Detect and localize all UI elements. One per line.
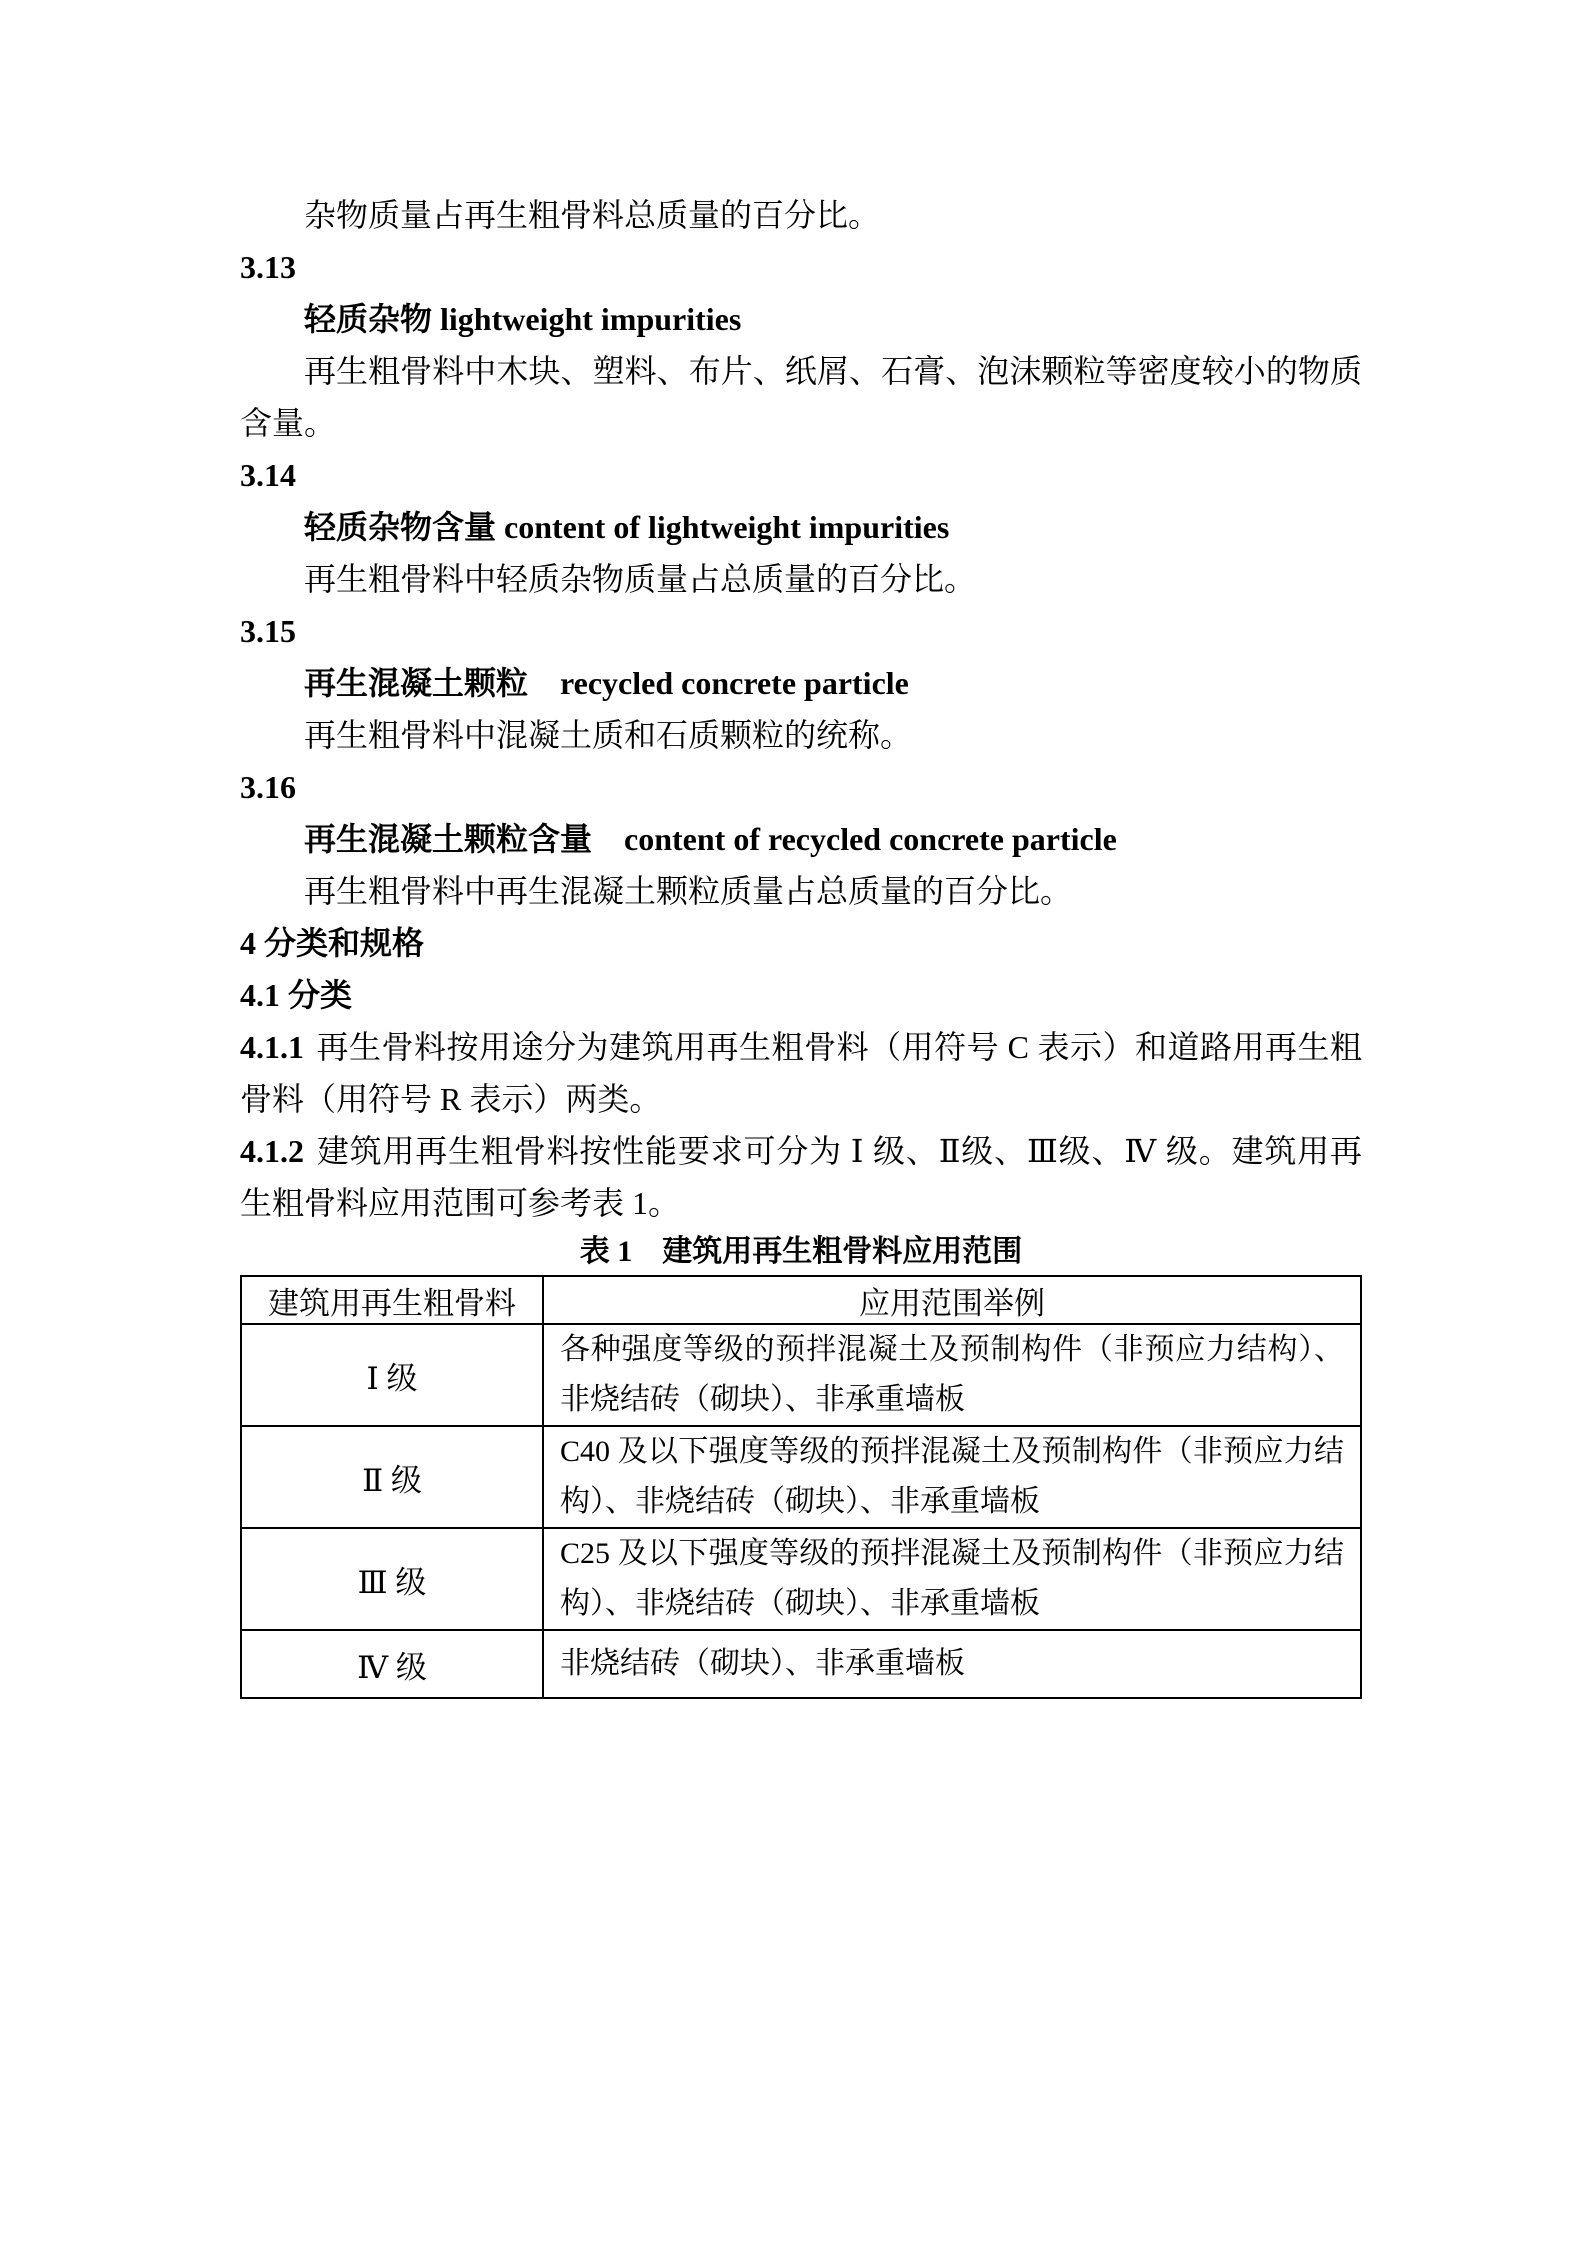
- grade-cell: Ⅲ 级: [241, 1528, 543, 1630]
- item-text: 再生骨料按用途分为建筑用再生粗骨料（用符号 C 表示）和道路用再生粗骨料（用符号…: [240, 1029, 1362, 1117]
- table-row-grade-2: Ⅱ 级 C40 及以下强度等级的预拌混凝土及预制构件（非预应力结构）、非烧结砖（…: [241, 1426, 1361, 1528]
- table-header-scope: 应用范围举例: [543, 1276, 1361, 1324]
- grade-cell: Ⅱ 级: [241, 1426, 543, 1528]
- clause-number-3-13: 3.13: [240, 241, 1362, 293]
- term-line-3-15: 再生混凝土颗粒 recycled concrete particle: [240, 657, 1362, 709]
- definition-paragraph: 再生粗骨料中混凝土质和石质颗粒的统称。: [240, 709, 1362, 761]
- definition-paragraph: 杂物质量占再生粗骨料总质量的百分比。: [240, 189, 1362, 241]
- section-heading: 4.1 分类: [240, 969, 1362, 1021]
- table-row-grade-1: Ⅰ 级 各种强度等级的预拌混凝土及预制构件（非预应力结构）、非烧结砖（砌块）、非…: [241, 1324, 1361, 1426]
- definition-paragraph: 再生粗骨料中木块、塑料、布片、纸屑、石膏、泡沫颗粒等密度较小的物质含量。: [240, 345, 1362, 449]
- clause-number-3-14: 3.14: [240, 449, 1362, 501]
- scope-cell: 各种强度等级的预拌混凝土及预制构件（非预应力结构）、非烧结砖（砌块）、非承重墙板: [543, 1324, 1361, 1426]
- table-row-grade-4: Ⅳ 级 非烧结砖（砌块）、非承重墙板: [241, 1630, 1361, 1698]
- item-text: 建筑用再生粗骨料按性能要求可分为 Ⅰ 级、Ⅱ级、Ⅲ级、Ⅳ 级。建筑用再生粗骨料应…: [240, 1133, 1362, 1221]
- item-number: 4.1.2: [240, 1133, 304, 1169]
- grade-cell: Ⅳ 级: [241, 1630, 543, 1698]
- document-page: 杂物质量占再生粗骨料总质量的百分比。 3.13 轻质杂物 lightweight…: [0, 0, 1587, 2245]
- numbered-paragraph-4-1-1: 4.1.1再生骨料按用途分为建筑用再生粗骨料（用符号 C 表示）和道路用再生粗骨…: [240, 1021, 1362, 1125]
- definition-paragraph: 再生粗骨料中再生混凝土颗粒质量占总质量的百分比。: [240, 865, 1362, 917]
- scope-cell: 非烧结砖（砌块）、非承重墙板: [543, 1630, 1361, 1698]
- scope-cell: C25 及以下强度等级的预拌混凝土及预制构件（非预应力结构）、非烧结砖（砌块）、…: [543, 1528, 1361, 1630]
- table-row-grade-3: Ⅲ 级 C25 及以下强度等级的预拌混凝土及预制构件（非预应力结构）、非烧结砖（…: [241, 1528, 1361, 1630]
- grade-cell: Ⅰ 级: [241, 1324, 543, 1426]
- scope-cell: C40 及以下强度等级的预拌混凝土及预制构件（非预应力结构）、非烧结砖（砌块）、…: [543, 1426, 1361, 1528]
- term-line-3-16: 再生混凝土颗粒含量 content of recycled concrete p…: [240, 813, 1362, 865]
- numbered-paragraph-4-1-2: 4.1.2建筑用再生粗骨料按性能要求可分为 Ⅰ 级、Ⅱ级、Ⅲ级、Ⅳ 级。建筑用再…: [240, 1125, 1362, 1229]
- item-number: 4.1.1: [240, 1029, 304, 1065]
- term-line-3-14: 轻质杂物含量 content of lightweight impurities: [240, 501, 1362, 553]
- table-header-grade: 建筑用再生粗骨料: [241, 1276, 543, 1324]
- clause-number-3-15: 3.15: [240, 605, 1362, 657]
- term-line-3-13: 轻质杂物 lightweight impurities: [240, 293, 1362, 345]
- table-caption: 表 1 建筑用再生粗骨料应用范围: [240, 1229, 1362, 1275]
- clause-number-3-16: 3.16: [240, 761, 1362, 813]
- application-scope-table: 建筑用再生粗骨料 应用范围举例 Ⅰ 级 各种强度等级的预拌混凝土及预制构件（非预…: [240, 1275, 1362, 1699]
- chapter-heading: 4 分类和规格: [240, 917, 1362, 969]
- definition-paragraph: 再生粗骨料中轻质杂物质量占总质量的百分比。: [240, 553, 1362, 605]
- table-header-row: 建筑用再生粗骨料 应用范围举例: [241, 1276, 1361, 1324]
